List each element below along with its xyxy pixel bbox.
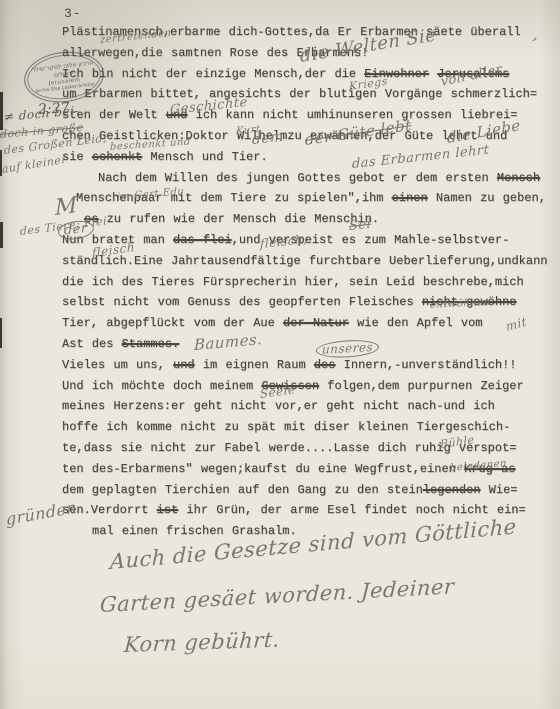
handwritten-annotation: Garten gesäet worden. Jedeiner [99,574,455,617]
manuscript-page: 3- ארכיון אלזה לסקר־שילר ירושלים Jerusal… [0,0,560,709]
handwritten-annotation: fleisch [92,240,135,260]
scan-edge-artifact [0,222,3,248]
scan-edge-artifact [0,150,2,176]
handwritten-annotation: beladenen [450,458,507,474]
handwriting-layer: ,zertretendendie Welten SieKriegsvoll al… [0,0,560,709]
handwritten-annotation: Sei [349,217,371,234]
handwritten-annotation: mit [505,314,528,333]
handwritten-annotation: fleisch, [260,232,307,251]
handwritten-annotation: im Gart Edu [117,186,184,203]
handwritten-annotation: Kriegs [349,75,388,94]
handwritten-annotation: unseres [316,339,380,359]
handwritten-annotation: Baumes. [194,330,263,354]
handwritten-annotation: voll aller [440,62,503,90]
handwritten-annotation: ≠ doch bei- [4,103,79,124]
handwritten-annotation: die Welten Sie [299,24,436,67]
scan-edge-artifact [0,92,3,130]
handwritten-annotation: beschenkt und [110,136,191,153]
handwritten-annotation: gründen [5,497,77,529]
handwritten-annotation: Geschichte [170,95,248,118]
handwritten-annotation: M [55,193,79,221]
handwritten-annotation: der Güte lebt [305,116,412,149]
handwritten-annotation: dem [252,129,284,148]
handwritten-annotation: Korn gebührt. [123,628,281,658]
handwritten-annotation: das Erbarmen lehrt [352,143,489,173]
handwritten-annotation: zertretenden [100,27,171,46]
handwritten-annotation: Seele [260,382,296,401]
handwritten-annotation: Auch die Gesetze sind vom Göttliche [110,514,517,574]
handwritten-annotation: auf kleiner [2,153,68,176]
scan-edge-artifact [0,318,2,348]
handwritten-annotation: entwöhnen. [430,297,495,311]
handwritten-annotation: Bühle [440,433,475,451]
handwritten-annotation: , [531,24,542,43]
